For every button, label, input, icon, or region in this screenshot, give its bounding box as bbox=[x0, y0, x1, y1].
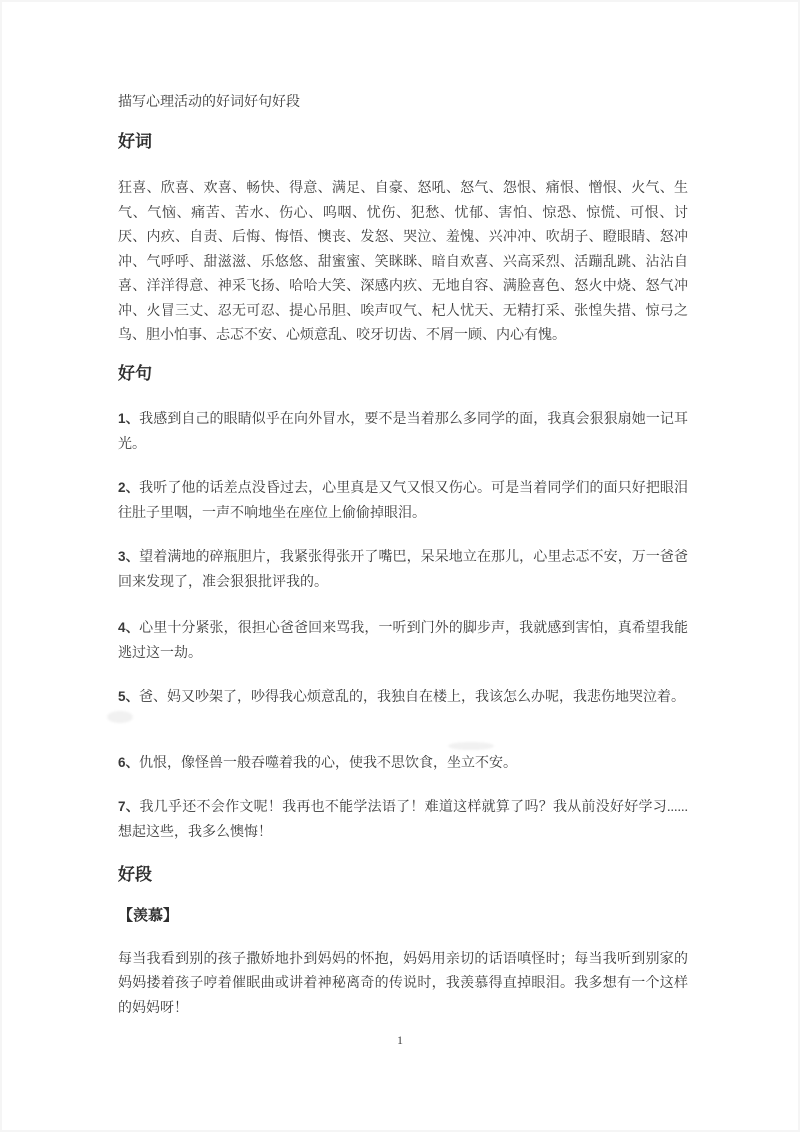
good-paragraph-text: 每当我看到别的孩子撒娇地扑到妈妈的怀抱，妈妈用亲切的话语嗔怪时；每当我听到别家的… bbox=[118, 948, 688, 1022]
sentence-text: 我几乎还不会作文呢！我再也不能学法语了！难道这样就算了吗？我从前没好好学习...… bbox=[118, 800, 688, 840]
sentence-text: 心里十分紧张，很担心爸爸回来骂我，一听到门外的脚步声，我就感到害怕，真希望我能逃… bbox=[118, 621, 688, 661]
sentence-item-3: 3、望着满地的碎瓶胆片，我紧张得张开了嘴巴，呆呆地立在那儿，心里忐忑不安，万一爸… bbox=[118, 544, 688, 595]
sentence-number: 4、 bbox=[118, 620, 139, 635]
sentence-number: 6、 bbox=[118, 755, 139, 770]
sentence-text: 爸、妈又吵架了，吵得我心烦意乱的，我独自在楼上，我该怎么办呢，我悲伤地哭泣着。 bbox=[139, 690, 685, 705]
sentence-item-7: 7、我几乎还不会作文呢！我再也不能学法语了！难道这样就算了吗？我从前没好好学习.… bbox=[118, 794, 688, 845]
sentence-item-6: 6、仇恨，像怪兽一般吞噬着我的心，使我不思饮食，坐立不安。 bbox=[118, 750, 688, 776]
sentence-text: 望着满地的碎瓶胆片，我紧张得张开了嘴巴，呆呆地立在那儿，心里忐忑不安，万一爸爸回… bbox=[118, 550, 688, 590]
good-words-list: 狂喜、欣喜、欢喜、畅快、得意、满足、自豪、怒吼、怒气、怨恨、痛恨、憎恨、火气、生… bbox=[118, 177, 688, 349]
page-number: 1 bbox=[0, 1032, 800, 1048]
sentence-text: 我听了他的话差点没昏过去，心里真是又气又恨又伤心。可是当着同学们的面只好把眼泪往… bbox=[118, 481, 688, 521]
sentence-text: 我感到自己的眼睛似乎在向外冒水，要不是当着那么多同学的面，我真会狠狠扇她一记耳光… bbox=[118, 412, 688, 452]
sentence-number: 2、 bbox=[118, 480, 139, 495]
sentence-item-2: 2、我听了他的话差点没昏过去，心里真是又气又恨又伤心。可是当着同学们的面只好把眼… bbox=[118, 475, 688, 526]
sentence-text: 仇恨，像怪兽一般吞噬着我的心，使我不思饮食，坐立不安。 bbox=[139, 756, 517, 771]
document-content: 描写心理活动的好词好句好段 好词 狂喜、欣喜、欢喜、畅快、得意、满足、自豪、怒吼… bbox=[118, 0, 688, 1021]
section-heading-good-words: 好词 bbox=[118, 130, 688, 154]
section-heading-good-sentences: 好句 bbox=[118, 362, 688, 386]
document-page: 描写心理活动的好词好句好段 好词 狂喜、欣喜、欢喜、畅快、得意、满足、自豪、怒吼… bbox=[0, 0, 800, 1132]
scan-smudge-artifact bbox=[107, 711, 133, 723]
sentence-number: 1、 bbox=[118, 411, 139, 426]
sentence-number: 3、 bbox=[118, 549, 139, 564]
paragraph-tag-envy: 【羡慕】 bbox=[118, 904, 688, 928]
sentence-item-1: 1、我感到自己的眼睛似乎在向外冒水，要不是当着那么多同学的面，我真会狠狠扇她一记… bbox=[118, 406, 688, 457]
sentence-number: 7、 bbox=[118, 799, 140, 814]
scan-smudge-artifact bbox=[448, 742, 494, 750]
section-heading-good-paragraphs: 好段 bbox=[118, 863, 688, 887]
document-title: 描写心理活动的好词好句好段 bbox=[118, 92, 688, 114]
sentence-item-5: 5、爸、妈又吵架了，吵得我心烦意乱的，我独自在楼上，我该怎么办呢，我悲伤地哭泣着… bbox=[118, 684, 688, 710]
sentence-number: 5、 bbox=[118, 689, 139, 704]
sentence-item-4: 4、心里十分紧张，很担心爸爸回来骂我，一听到门外的脚步声，我就感到害怕，真希望我… bbox=[118, 615, 688, 666]
